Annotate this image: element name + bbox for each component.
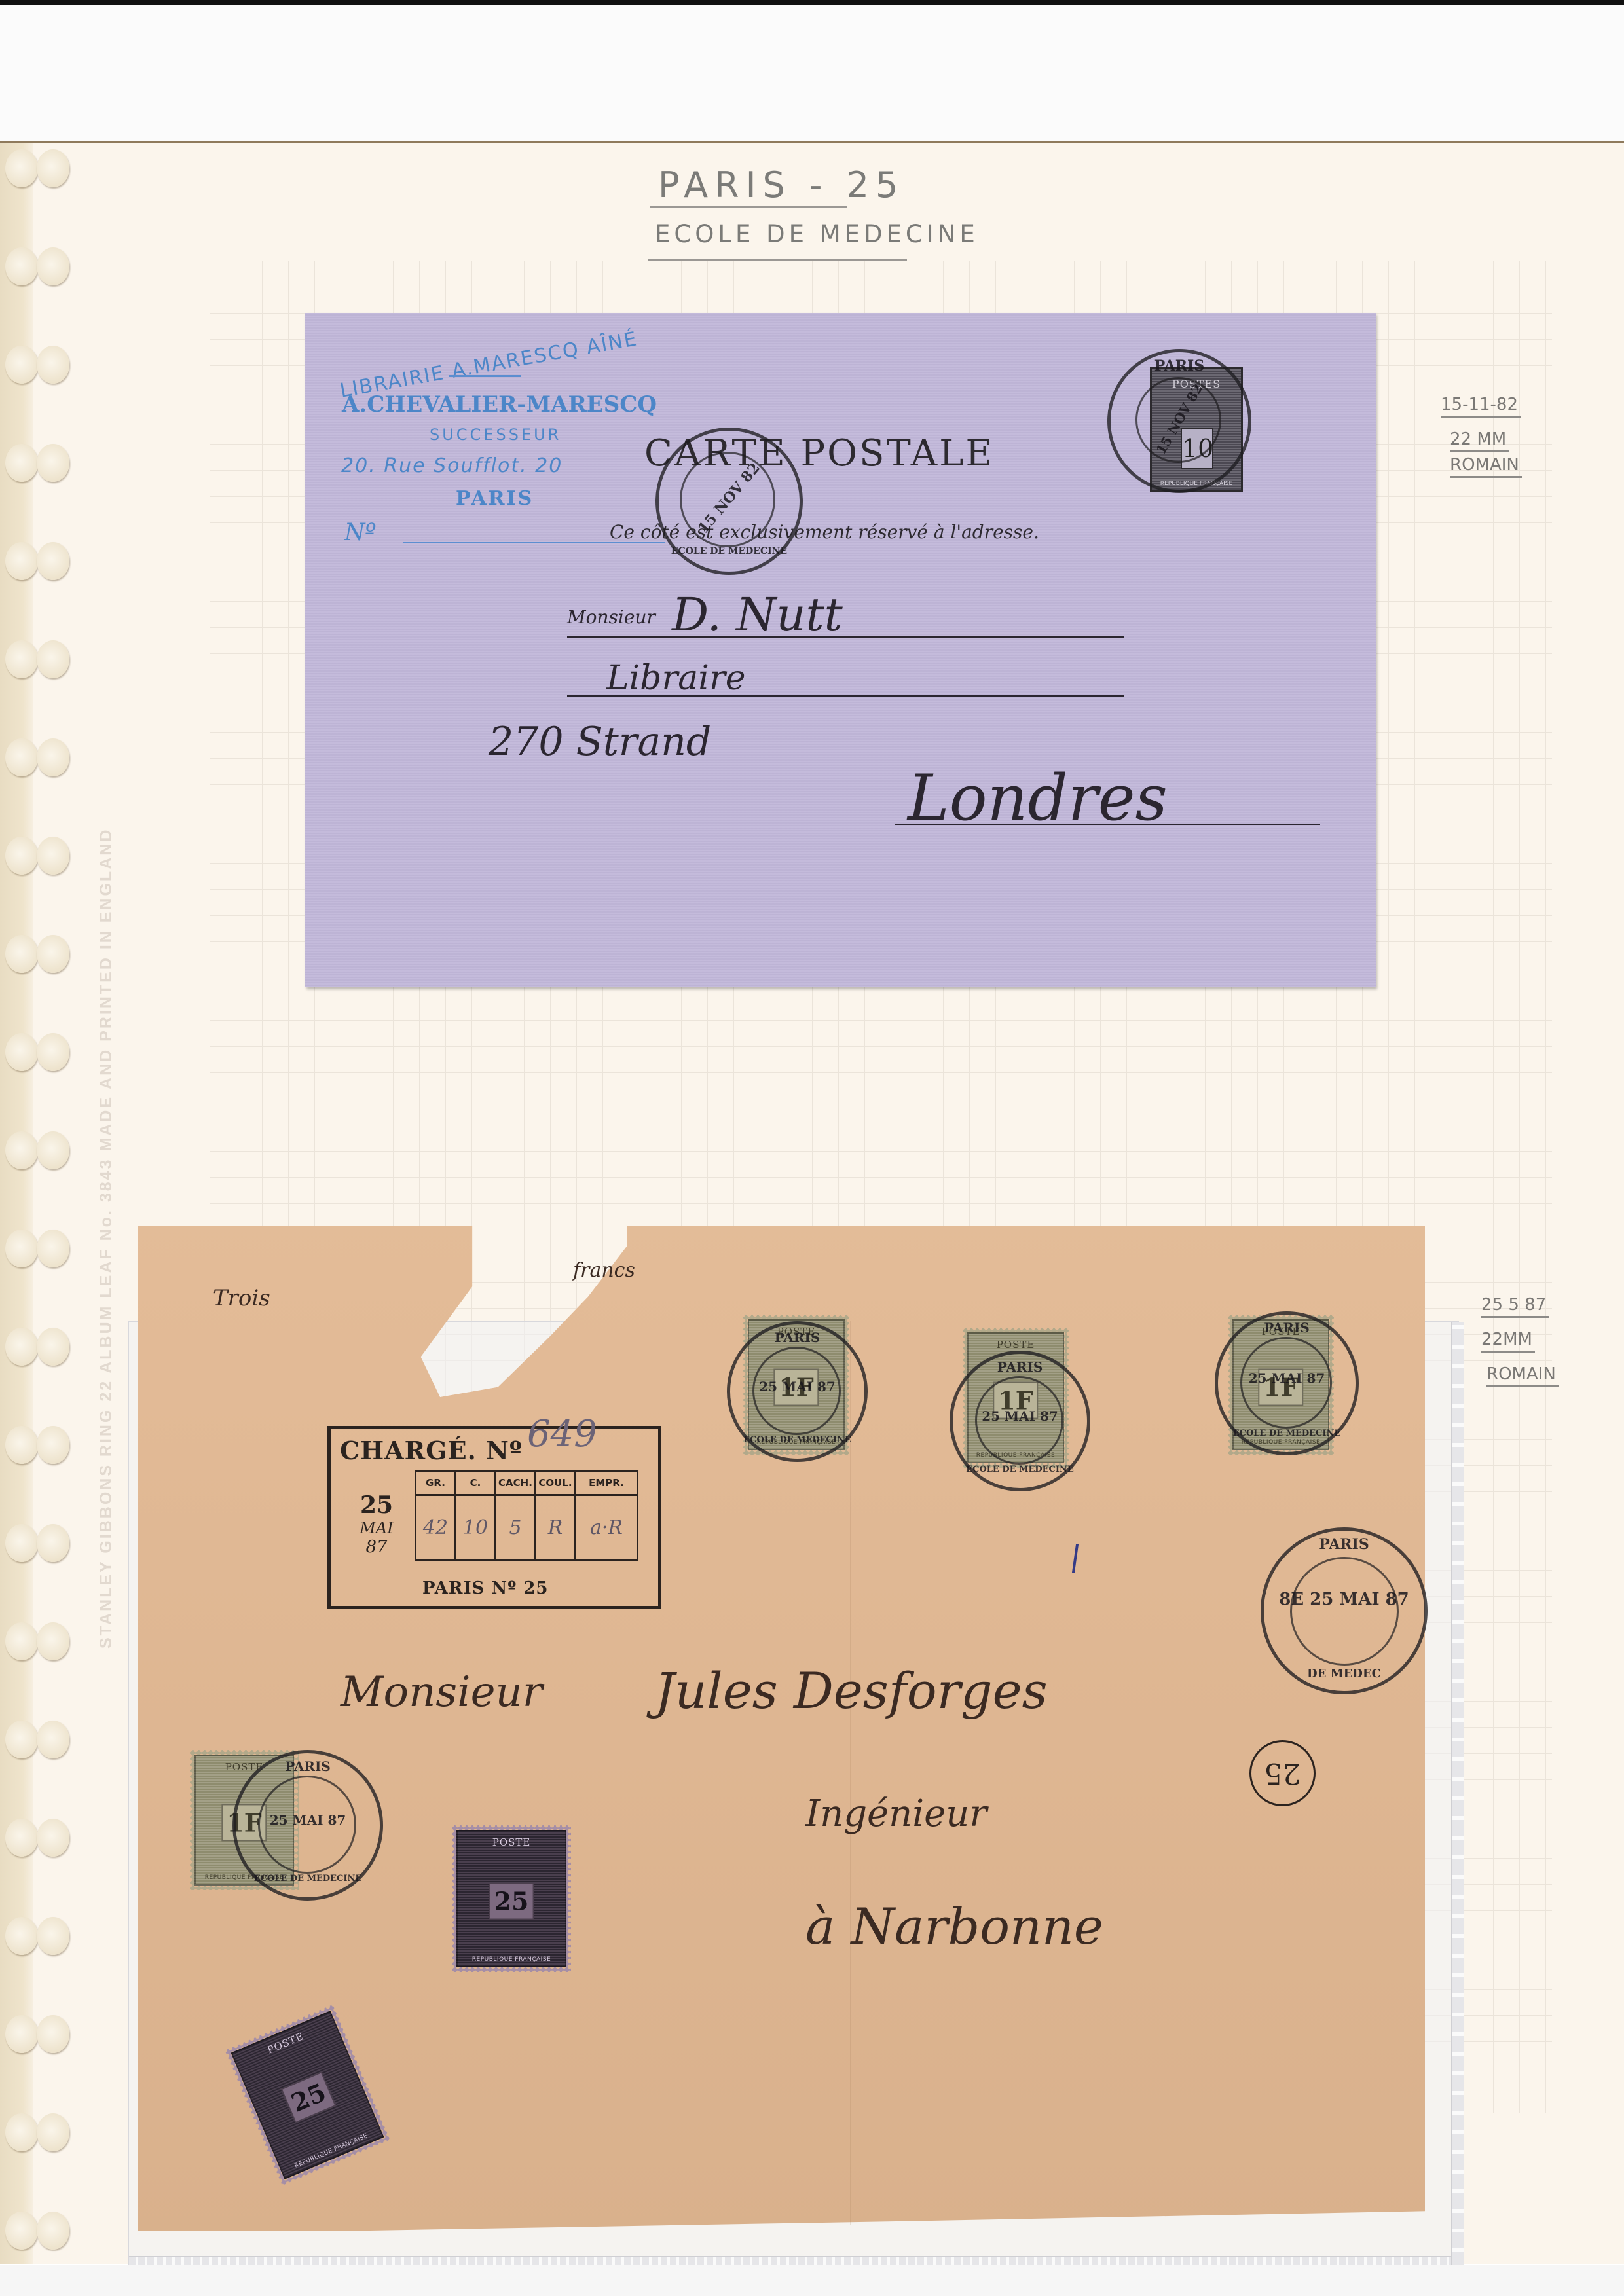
address-line-1 (567, 636, 1124, 638)
postcard: LIBRAIRIE A.MARESCQ AÎNÉ A.CHEVALIER-MAR… (305, 313, 1376, 987)
album-page: STANLEY GIBBONS RING 22 ALBUM LEAF No. 3… (0, 141, 1624, 2264)
circled-office-number: 25 (1249, 1740, 1316, 1806)
binder-ring-hole (5, 935, 71, 973)
underlying-sheet (0, 5, 1624, 143)
registration-date: 25 MAI 87 (350, 1491, 403, 1557)
postmark-paris-25: PARIS 25 MAI 87 ECOLE DE MEDECINE (1215, 1311, 1359, 1455)
binder-ring-hole (5, 1524, 71, 1562)
postmark-paris-25: PARIS 25 MAI 87 ECOLE DE MEDECINE (232, 1750, 383, 1901)
title-underline (650, 206, 847, 208)
page-subtitle: ECOLE DE MEDECINE (655, 220, 979, 248)
postmark-on-stamp: PARIS 15 NOV 82 (1107, 349, 1251, 493)
address-street: 270 Strand (489, 719, 711, 765)
note-envelope: 25 5 87 22MM ROMAIN (1481, 1295, 1559, 1399)
binder-ring-hole (5, 1230, 71, 1267)
album-leaf-imprint: STANLEY GIBBONS RING 22 ALBUM LEAF No. 3… (97, 828, 116, 1649)
envelope-fold (850, 1321, 851, 2225)
postmark-ecole-de-medecine: 15 NOV 82 ECOLE DE MEDECINE (655, 428, 803, 575)
envelope-profession: Ingénieur (805, 1793, 987, 1835)
envelope-note-left: Trois (213, 1285, 270, 1311)
address-profession: Libraire (606, 659, 746, 698)
envelope-salutation: Monsieur (341, 1668, 542, 1717)
note-date: 25 5 87 (1481, 1295, 1549, 1318)
binder-ring-hole (5, 837, 71, 875)
page-title: PARIS - 25 (658, 164, 904, 206)
note-type: ROMAIN (1486, 1364, 1559, 1387)
binder-ring-hole (5, 640, 71, 678)
binder-ring-hole (5, 1426, 71, 1464)
binder-ring-hole (5, 149, 71, 187)
registration-number: 649 (527, 1413, 597, 1455)
postmark-paris-25: PARIS 25 MAI 87 ECOLE DE MEDECINE (727, 1321, 868, 1462)
binder-ring-hole (5, 1131, 71, 1169)
scan-bottom (0, 2265, 1624, 2296)
binder-ring-hole (5, 1819, 71, 1857)
sender-stamp-line2: A.CHEVALIER-MARESCQ (342, 392, 657, 418)
note-postcard: 15-11-82 22 MM ROMAIN (1441, 395, 1522, 490)
binder-ring-hole (5, 1328, 71, 1366)
registration-office: PARIS Nº 25 (422, 1578, 548, 1598)
binder-ring-hole (5, 1622, 71, 1660)
postage-stamp-25: POSTE 25 REPUBLIQUE FRANÇAISE (452, 1825, 571, 1972)
binder-ring-hole (5, 2212, 71, 2250)
subtitle-underline (648, 259, 907, 261)
note-date: 15-11-82 (1441, 395, 1521, 418)
note-size: 22MM (1481, 1330, 1535, 1353)
address-salutation: Monsieur (567, 606, 655, 628)
binder-ring-hole (5, 444, 71, 482)
note-type: ROMAIN (1450, 455, 1522, 478)
envelope-note-right: francs (573, 1259, 635, 1282)
address-name: D. Nutt (672, 588, 843, 642)
binder-ring-hole (5, 346, 71, 384)
envelope-city: à Narbonne (805, 1897, 1103, 1956)
envelope-name: Jules Desforges (655, 1662, 1048, 1720)
binder-ring-hole (5, 247, 71, 285)
binder-ring-hole (5, 1721, 71, 1758)
binder-ring-hole (5, 1033, 71, 1071)
sender-stamp-rule (449, 375, 521, 377)
scan-border (0, 0, 1624, 5)
binder-ring-hole (5, 738, 71, 776)
binder-ring-hole (5, 2113, 71, 2151)
registration-table: GR. C. CACH. COUL. EMPR. 42 10 5 R a·R (415, 1470, 638, 1561)
sender-stamp-number: Nº (344, 519, 376, 546)
sender-stamp-line4: 20. Rue Soufflot. 20 (341, 454, 563, 477)
registration-box: CHARGÉ. Nº 649 25 MAI 87 GR. C. CACH. CO… (327, 1426, 661, 1609)
loose-postmark: PARIS 8E 25 MAI 87 DE MEDEC (1261, 1527, 1428, 1694)
sender-stamp-line5: PARIS (456, 487, 534, 510)
sender-stamp-line3: SUCCESSEUR (430, 426, 561, 444)
postmark-paris-25: PARIS 25 MAI 87 ECOLE DE MEDECINE (950, 1351, 1090, 1491)
binder-ring-hole (5, 2015, 71, 2053)
binder-ring-hole (5, 542, 71, 580)
note-size: 22 MM (1450, 429, 1509, 452)
address-line-2 (567, 695, 1124, 697)
registration-title: CHARGÉ. Nº (340, 1436, 523, 1465)
binder-ring-hole (5, 1917, 71, 1955)
address-line-3 (895, 824, 1320, 825)
